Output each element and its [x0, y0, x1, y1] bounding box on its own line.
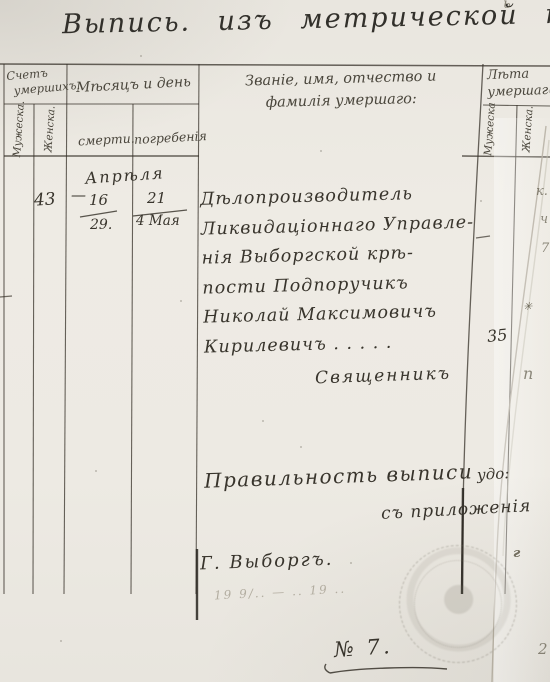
paper-speck — [95, 470, 97, 472]
death-subheader: смерти. — [78, 131, 135, 149]
paper-speck — [480, 200, 482, 202]
edge-mark: п — [523, 364, 533, 383]
count-female-dash: — — [71, 186, 86, 204]
page-title: Выпись. изъ метрической книги — [62, 0, 550, 40]
age-male-subheader: Мужеска — [482, 102, 498, 156]
scanned-metrical-extract-page: { "title": "Выпись. изъ метрической книг… — [0, 0, 550, 682]
paper-speck — [180, 300, 182, 302]
count-male-value: 43 — [33, 189, 56, 210]
paper-speck — [300, 446, 302, 448]
officiant-signature: Священникъ — [315, 364, 452, 389]
month-value: Апрѣля — [84, 163, 165, 188]
edge-mark-star: ✳ — [523, 300, 532, 313]
paper-speck — [320, 150, 322, 152]
place-name: Г. Выборгъ. — [200, 549, 334, 575]
edge-mark: ч — [540, 212, 548, 227]
pencil-date-note: 19 9/.. — .. 19 .. — [214, 582, 347, 603]
age-column-header: Лѣта умершаго — [486, 65, 549, 101]
edge-mark: 2 — [538, 640, 548, 658]
edge-mark-top-curl: ь — [503, 0, 511, 12]
death-day-old-style: 16 — [89, 191, 108, 209]
age-header-line1: Лѣта — [486, 65, 549, 84]
number-underline-flourish — [325, 664, 447, 673]
count-column-header: Счетъ умершихъ. — [6, 63, 81, 99]
paper-speck — [520, 90, 522, 92]
death-day-new-style: 29. — [90, 217, 112, 233]
certification-line2: съ приложенія — [381, 496, 532, 524]
edge-mark: г — [513, 546, 520, 561]
date-column-header: Мѣсяцъ и день — [76, 74, 192, 96]
paper-speck — [262, 420, 264, 422]
name-column-header: Званіе, имя, отчество и фамилія умершаго… — [209, 65, 472, 116]
burial-day-old-style: 21 — [147, 189, 166, 207]
edge-mark: к. — [536, 184, 548, 199]
paper-speck — [350, 562, 352, 564]
paper-speck — [140, 55, 142, 57]
certification-line1-tail: удо: — [477, 464, 510, 484]
deceased-description: Дѣлопроизводитель Ликвидаціоннаго Управл… — [200, 178, 485, 362]
official-round-stamp — [391, 537, 524, 670]
count-female-subheader: Женска. — [42, 105, 57, 152]
burial-day-new-style: 4 Мая — [136, 213, 180, 229]
age-header-line2: умершаго — [487, 82, 550, 101]
paper-speck — [60, 640, 62, 642]
count-male-subheader: Мужеска. — [11, 100, 27, 157]
age-female-subheader: Женска. — [520, 105, 535, 152]
edge-mark: 7. — [541, 241, 550, 256]
age-value: 35 — [486, 325, 508, 346]
document-number: № 7. — [333, 634, 393, 662]
certification-line1: Правильность выписи — [204, 459, 474, 492]
burial-subheader: погребенія — [134, 128, 208, 147]
